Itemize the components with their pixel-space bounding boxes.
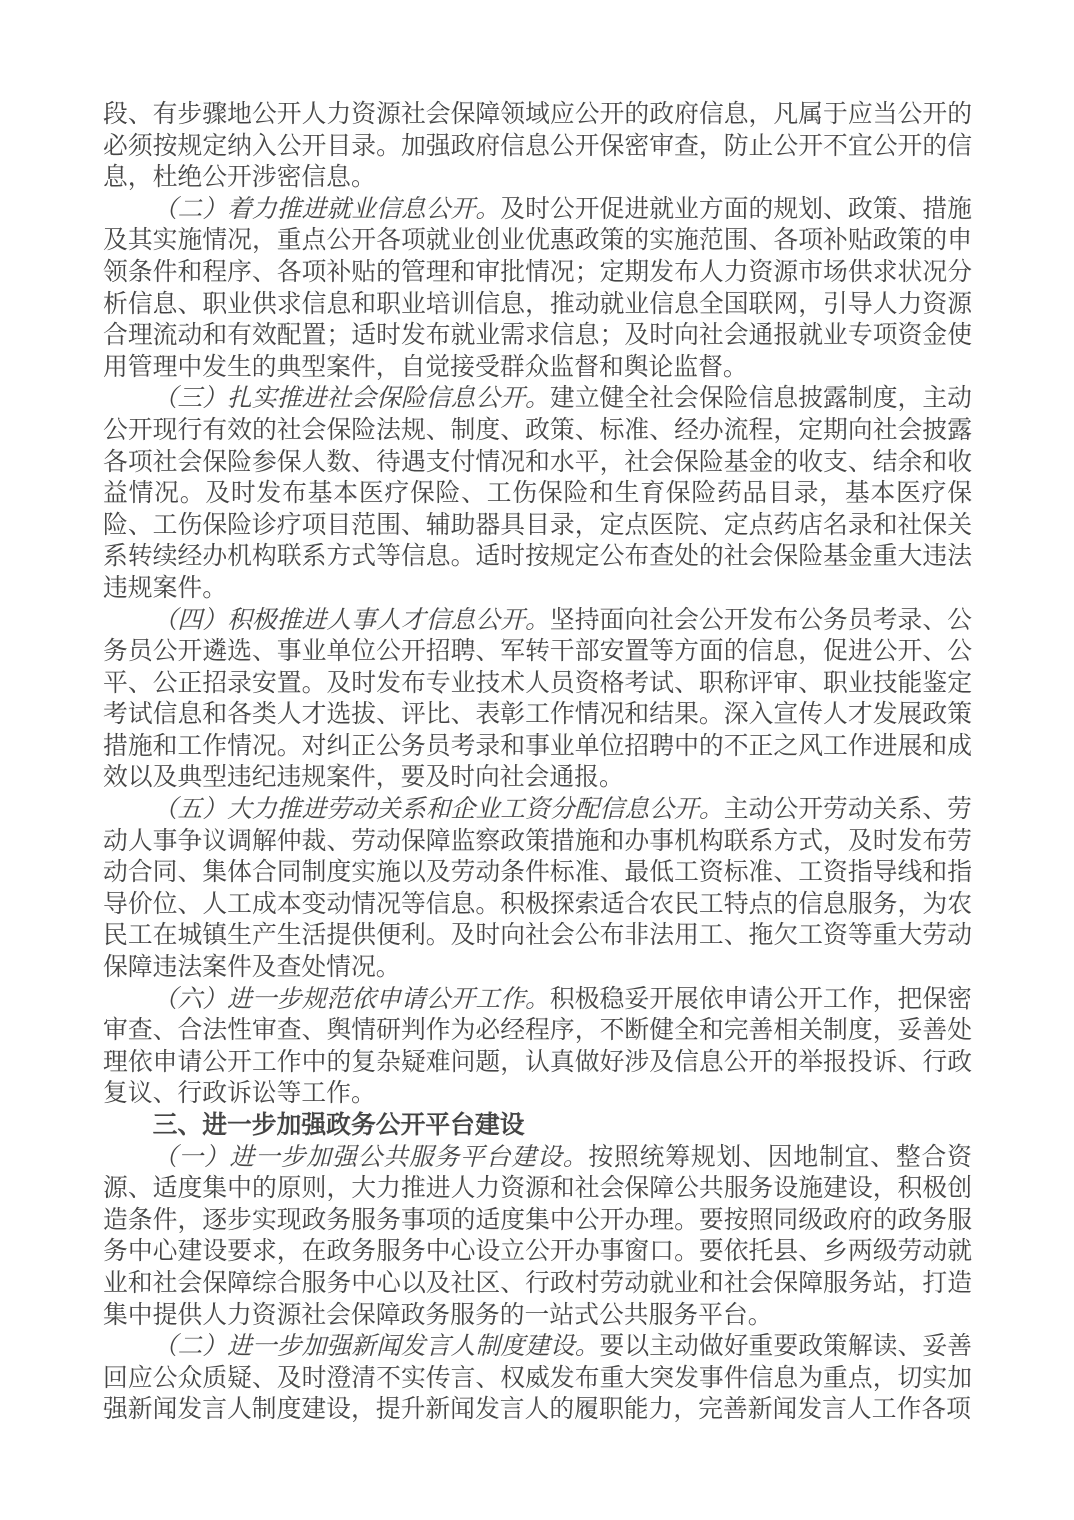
document-page: 段、有步骤地公开人力资源社会保障领域应公开的政府信息，凡属于应当公开的必须按规定… xyxy=(0,0,1074,1520)
paragraph-lead: （三）扎实推进社会保险信息公开。 xyxy=(153,385,550,412)
document-body: 段、有步骤地公开人力资源社会保障领域应公开的政府信息，凡属于应当公开的必须按规定… xyxy=(103,99,972,1426)
paragraph-text: 及时公开促进就业方面的规划、政策、措施及其实施情况，重点公开各项就业创业优惠政策… xyxy=(103,196,972,381)
paragraph: （六）进一步规范依申请公开工作。积极稳妥开展依申请公开工作，把保密审查、合法性审… xyxy=(103,984,972,1110)
paragraph-text: 按照统筹规划、因地制宜、整合资源、适度集中的原则，大力推进人力资源和社会保障公共… xyxy=(103,1144,972,1329)
paragraph: （二）着力推进就业信息公开。及时公开促进就业方面的规划、政策、措施及其实施情况，… xyxy=(103,194,972,384)
paragraph: （三）扎实推进社会保险信息公开。建立健全社会保险信息披露制度，主动公开现行有效的… xyxy=(103,383,972,604)
paragraph: （一）进一步加强公共服务平台建设。按照统筹规划、因地制宜、整合资源、适度集中的原… xyxy=(103,1142,972,1332)
paragraph: 段、有步骤地公开人力资源社会保障领域应公开的政府信息，凡属于应当公开的必须按规定… xyxy=(103,99,972,194)
section-heading-text: 三、进一步加强政务公开平台建设 xyxy=(153,1112,525,1139)
paragraph-lead: （二）着力推进就业信息公开。 xyxy=(153,196,501,223)
section-heading: 三、进一步加强政务公开平台建设 xyxy=(103,1110,972,1142)
paragraph-text: 坚持面向社会公开发布公务员考录、公务员公开遴选、事业单位公开招聘、军转干部安置等… xyxy=(103,607,972,792)
paragraph-text: 主动公开劳动关系、劳动人事争议调解仲裁、劳动保障监察政策措施和办事机构联系方式，… xyxy=(103,796,972,981)
paragraph: （四）积极推进人事人才信息公开。坚持面向社会公开发布公务员考录、公务员公开遴选、… xyxy=(103,605,972,795)
paragraph-text: 建立健全社会保险信息披露制度，主动公开现行有效的社会保险法规、制度、政策、标准、… xyxy=(103,385,972,602)
paragraph-lead: （四）积极推进人事人才信息公开。 xyxy=(153,607,550,634)
paragraph-lead: （一）进一步加强公共服务平台建设。 xyxy=(153,1144,589,1171)
paragraph: （五）大力推进劳动关系和企业工资分配信息公开。主动公开劳动关系、劳动人事争议调解… xyxy=(103,794,972,984)
paragraph-text: 段、有步骤地公开人力资源社会保障领域应公开的政府信息，凡属于应当公开的必须按规定… xyxy=(103,101,972,191)
paragraph-lead: （五）大力推进劳动关系和企业工资分配信息公开。 xyxy=(153,796,724,823)
paragraph: （二）进一步加强新闻发言人制度建设。要以主动做好重要政策解读、妥善回应公众质疑、… xyxy=(103,1331,972,1426)
paragraph-lead: （二）进一步加强新闻发言人制度建设。 xyxy=(153,1333,600,1360)
paragraph-lead: （六）进一步规范依申请公开工作。 xyxy=(153,986,550,1013)
